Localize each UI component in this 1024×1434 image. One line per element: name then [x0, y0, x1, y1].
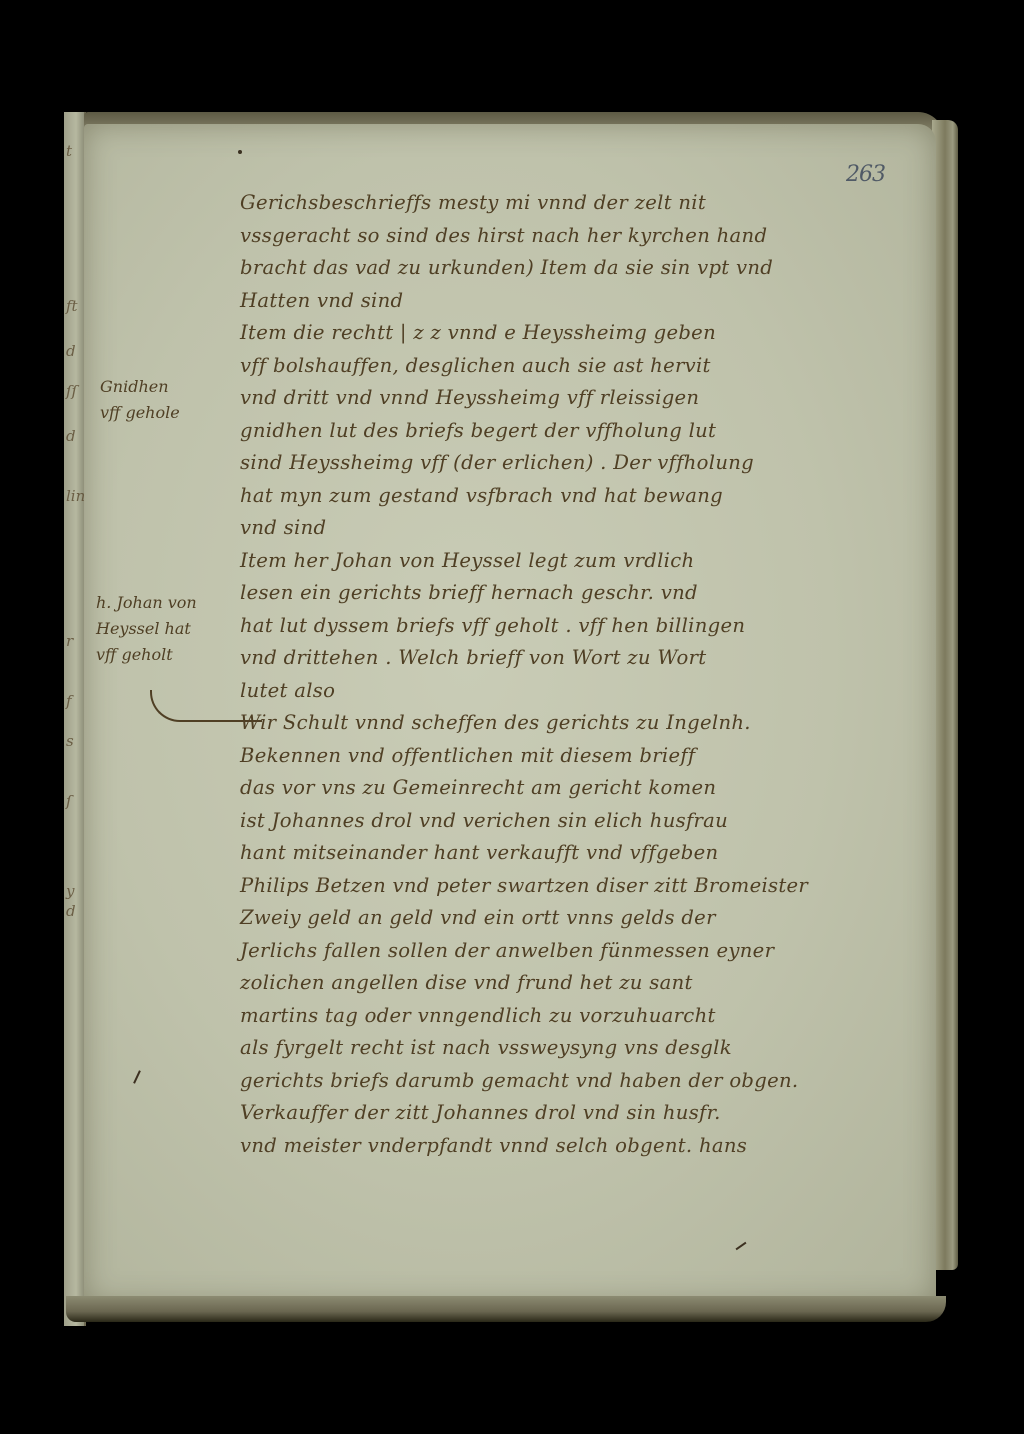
manuscript-body: Gerichsbeschrieffs mesty mi vnnd der zel…	[240, 186, 930, 1161]
manuscript-line: vff bolshauffen, desglichen auch sie ast…	[240, 349, 916, 382]
manuscript-line: Philips Betzen vnd peter swartzen diser …	[240, 869, 916, 902]
manuscript-line: als fyrgelt recht ist nach vssweysyng vn…	[240, 1031, 916, 1064]
manuscript-line: vnd dritt vnd vnnd Heyssheimg vff rleiss…	[240, 381, 916, 414]
manuscript-line: zolichen angellen dise vnd frund het zu …	[240, 966, 916, 999]
facing-page-ink-fragment: d	[66, 342, 76, 360]
facing-page-ink-fragment: f	[66, 692, 72, 710]
marginal-note-1: Gnidhen vff gehole	[100, 374, 180, 426]
folio-number: 263	[846, 162, 885, 187]
manuscript-line: hat myn zum gestand vsfbrach vnd hat bew…	[240, 479, 916, 512]
facing-page-edge: tftdſſdlingrfsſyd	[64, 112, 86, 1326]
facing-page-ink-fragment: r	[66, 632, 73, 650]
marginal-note-line: Gnidhen	[100, 374, 180, 400]
manuscript-line: vnd sind	[240, 511, 916, 544]
manuscript-line: vnd drittehen . Welch brieff von Wort zu…	[240, 641, 916, 674]
manuscript-line: das vor vns zu Gemeinrecht am gericht ko…	[240, 771, 916, 804]
manuscript-line: hant mitseinander hant verkaufft vnd vff…	[240, 836, 916, 869]
manuscript-line: vssgeracht so sind des hirst nach her ky…	[240, 219, 916, 252]
marginal-note-line: h. Johan von	[96, 590, 197, 616]
manuscript-line: vnd meister vnderpfandt vnnd selch obgen…	[240, 1129, 916, 1162]
facing-page-ink-fragment: ſſ	[66, 382, 77, 400]
marginal-note-2: h. Johan von Heyssel hat vff geholt	[96, 590, 197, 668]
marginal-note-line: vff geholt	[96, 642, 197, 668]
manuscript-line: Jerlichs fallen sollen der anwelben fünm…	[240, 934, 916, 967]
page-bottom-edge	[66, 1296, 946, 1322]
manuscript-line: sind Heyssheimg vff (der erlichen) . Der…	[240, 446, 916, 479]
marginal-note-line: Heyssel hat	[96, 616, 197, 642]
manuscript-line: gerichts briefs darumb gemacht vnd haben…	[240, 1064, 916, 1097]
facing-page-ink-fragment: ft	[66, 297, 78, 315]
facing-page-ink-fragment: ſ	[66, 792, 72, 810]
facing-page-ink-fragment: t	[66, 142, 72, 160]
manuscript-line: Gerichsbeschrieffs mesty mi vnnd der zel…	[240, 186, 916, 219]
manuscript-line: lesen ein gerichts brieff hernach geschr…	[240, 576, 916, 609]
facing-page-ink-fragment: y	[66, 882, 74, 900]
manuscript-line: bracht das vad zu urkunden) Item da sie …	[240, 251, 916, 284]
manuscript-line: gnidhen lut des briefs begert der vffhol…	[240, 414, 916, 447]
manuscript-line: Verkauffer der zitt Johannes drol vnd si…	[240, 1096, 916, 1129]
manuscript-line: lutet also	[240, 674, 916, 707]
ink-dot	[238, 150, 242, 154]
marginal-note-line: vff gehole	[100, 400, 180, 426]
manuscript-line: ist Johannes drol vnd verichen sin elich…	[240, 804, 916, 837]
manuscript-line: martins tag oder vnngendlich zu vorzuhua…	[240, 999, 916, 1032]
manuscript-line: Bekennen vnd offentlichen mit diesem bri…	[240, 739, 916, 772]
facing-page-ink-fragment: d	[66, 902, 76, 920]
manuscript-line: Item her Johan von Heyssel legt zum vrdl…	[240, 544, 916, 577]
manuscript-line: hat lut dyssem briefs vff geholt . vff h…	[240, 609, 916, 642]
manuscript-line: Hatten vnd sind	[240, 284, 916, 317]
manuscript-line: Wir Schult vnnd scheffen des gerichts zu…	[240, 706, 916, 739]
manuscript-line: Item die rechtt | z z vnnd e Heyssheimg …	[240, 316, 916, 349]
facing-page-ink-fragment: s	[66, 732, 74, 750]
facing-page-ink-fragment: d	[66, 427, 76, 445]
manuscript-line: Zweiy geld an geld vnd ein ortt vnns gel…	[240, 901, 916, 934]
